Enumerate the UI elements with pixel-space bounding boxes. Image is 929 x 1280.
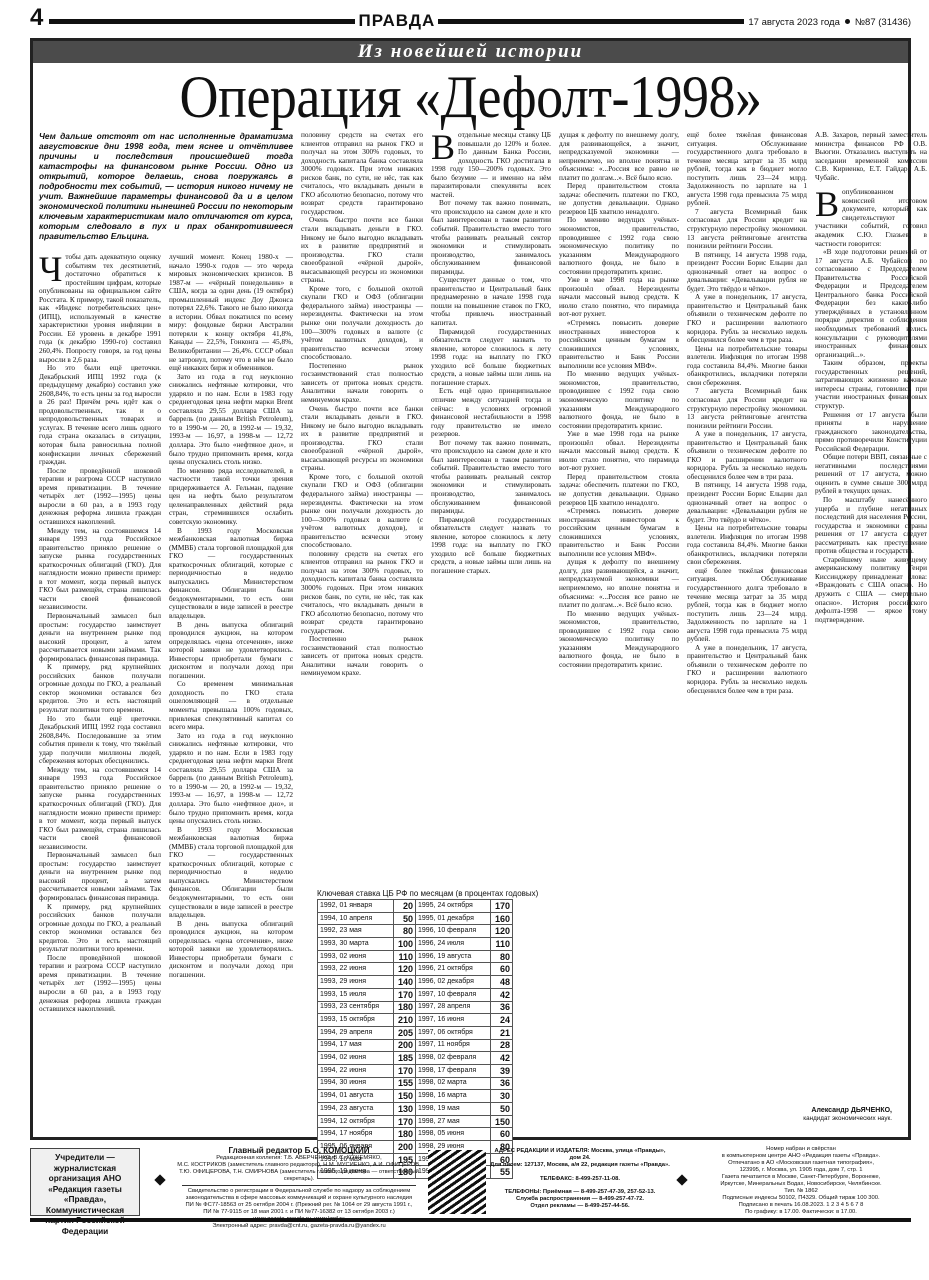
print-line: Подписано в печать 16.08.2023. 1 2 3 4 5… <box>690 1202 912 1209</box>
rate-cell: 180 <box>393 1128 415 1141</box>
paragraph: половину средств на счетах его клиентов … <box>301 550 423 635</box>
paragraph: По масштабу нанесённого ущерба и глубине… <box>815 496 927 556</box>
footer-rule <box>30 1218 911 1222</box>
rate-cell: 60 <box>491 963 513 976</box>
paragraph: Перед правительством стояла задача: обес… <box>559 473 679 507</box>
bullet-icon <box>845 19 850 24</box>
date-cell: 1994, 10 апреля <box>318 912 394 925</box>
paragraph: Вот почему так важно понимать, что проис… <box>431 199 551 276</box>
divider <box>182 1185 416 1186</box>
paragraph: Уже в мае 1998 года на рынке произошёл о… <box>559 430 679 473</box>
print-line: в компьютерном центре АНО «Редакция газе… <box>690 1153 912 1160</box>
drop-cap: Ч <box>39 254 62 284</box>
rate-cell: 36 <box>491 1077 513 1090</box>
founders-box: Учредители — журналистская организация А… <box>30 1148 140 1216</box>
rate-cell: 24 <box>491 1014 513 1027</box>
paragraph: Кроме того, с большой охотой скупали ГКО… <box>301 285 423 362</box>
date-cell: 1998, 17 февраля <box>415 1064 490 1077</box>
table-row: 1993, 30 марта1001996, 24 июля110 <box>318 938 513 951</box>
paragraph: По мнению ведущих учёных-экономистов, пр… <box>559 216 679 276</box>
rate-cell: 210 <box>393 1014 415 1027</box>
table-row: 1994, 30 июня1551998, 02 марта36 <box>318 1077 513 1090</box>
editorial-address: АДРЕС РЕДАКЦИИ И ИЗДАТЕЛЯ: Москва, улица… <box>490 1148 670 1210</box>
paragraph: В пятницу, 14 августа 1998 года, президе… <box>687 481 807 524</box>
paragraph: А уже в понедельник, 17 августа, правите… <box>687 430 807 481</box>
rate-cell: 80 <box>491 950 513 963</box>
rate-cell: 60 <box>491 1128 513 1141</box>
table-row: 1993, 15 октября2101997, 16 июня24 <box>318 1014 513 1027</box>
print-line: По графику: в 17.00. Фактически: в 17.00… <box>690 1209 912 1216</box>
key-rate-table: Ключевая ставка ЦБ РФ по месяцам (в проц… <box>317 889 513 1179</box>
rate-cell: 130 <box>393 1103 415 1116</box>
rate-cell: 120 <box>491 925 513 938</box>
paragraph: После проведённой шоковой терапии и разг… <box>39 467 161 527</box>
paragraph: Но это были ещё цветочки. Декабрьский ИП… <box>39 364 161 467</box>
paragraph: После проведённой шоковой терапии и разг… <box>39 954 161 1014</box>
paragraph: «Стремясь повысить доверие иностранных и… <box>559 507 679 558</box>
paragraph: Но это были ещё цветочки. Декабрьский ИП… <box>39 715 161 766</box>
date-cell: 1996, 24 июля <box>415 938 490 951</box>
paragraph: Со временем минимальная доходность по ГК… <box>169 680 293 731</box>
table-row: 1994, 17 ноября1801998, 05 июня60 <box>318 1128 513 1141</box>
paragraph: К примеру, ряд крупнейших российских бан… <box>39 903 161 954</box>
date-cell: 1994, 23 августа <box>318 1103 394 1116</box>
table-title: Ключевая ставка ЦБ РФ по месяцам (в проц… <box>317 889 513 899</box>
rate-cell: 200 <box>393 1039 415 1052</box>
paragraph: ещё более тяжёлая финансовая ситуация. О… <box>687 567 807 644</box>
date-cell: 1993, 30 марта <box>318 938 394 951</box>
table-row: 1992, 23 мая801996, 10 февраля120 <box>318 925 513 938</box>
article-columns: Чем дальше отстоят от нас исполненные др… <box>39 131 902 1131</box>
paragraph: лучший момент. Конец 1980-х — начало 199… <box>169 253 293 373</box>
diamond-icon <box>154 1174 165 1185</box>
rate-cell: 30 <box>491 1090 513 1103</box>
date-cell: 1996, 21 октября <box>415 963 490 976</box>
column-4: В отдельные месяцы ставку ЦБ повышали до… <box>431 131 551 751</box>
date-cell: 1993, 29 июня <box>318 976 394 989</box>
date-cell: 1992, 01 января <box>318 900 394 913</box>
rate-cell: 39 <box>491 1064 513 1077</box>
rate-cell: 110 <box>491 938 513 951</box>
date-cell: 1995, 01 декабря <box>415 912 490 925</box>
date-cell: 1993, 23 сентября <box>318 1001 394 1014</box>
paragraph: Вот почему так важно понимать, что проис… <box>431 439 551 516</box>
paragraph: половину средств на счетах его клиентов … <box>301 131 423 216</box>
rate-cell: 170 <box>491 900 513 913</box>
print-line: Подписные индексы 50102, П4329. Общий ти… <box>690 1195 912 1202</box>
table-row: 1994, 12 октября1701998, 27 мая150 <box>318 1115 513 1128</box>
paragraph: «В ходе подготовки решений от 17 августа… <box>815 248 927 359</box>
rate-cell: 150 <box>491 1115 513 1128</box>
print-info: Номер набран и свёрстан в компьютерном ц… <box>690 1146 912 1216</box>
paragraph: 7 августа Всемирный банк согласовал для … <box>687 387 807 430</box>
date-cell: 1998, 02 февраля <box>415 1052 490 1065</box>
date-cell: 1994, 30 июня <box>318 1077 394 1090</box>
table-row: 1993, 22 июня1201996, 21 октября60 <box>318 963 513 976</box>
board-line: Т.Ю. ОФИЦЕРОВА, Т.Н. СМИРНОВА (заместите… <box>174 1169 424 1183</box>
email-links[interactable]: Электронный адрес: pravda@cnt.ru, gazeta… <box>174 1223 424 1230</box>
paragraph: ещё более тяжёлая финансовая ситуация. О… <box>687 131 807 208</box>
article-frame: Из новейшей истории Операция «Дефолт-199… <box>30 38 911 1140</box>
table-row: 1994, 01 августа1501998, 16 марта30 <box>318 1090 513 1103</box>
paragraph: Существует данные о том, что правительст… <box>431 276 551 327</box>
date-cell: 1994, 17 ноября <box>318 1128 394 1141</box>
issue-date: 17 августа 2023 года <box>748 17 840 28</box>
table-row: 1992, 01 января201995, 24 октября170 <box>318 900 513 913</box>
date-cell: 1996, 02 декабря <box>415 976 490 989</box>
table-row: 1993, 02 июня1101996, 19 августа80 <box>318 950 513 963</box>
rate-cell: 170 <box>393 1115 415 1128</box>
column-7: А.В. Захаров, первый заместитель министр… <box>815 131 927 1101</box>
registration-line: Свидетельство о регистрации в Федерально… <box>174 1188 424 1195</box>
date-cell: 1996, 10 февраля <box>415 925 490 938</box>
date-cell: 1994, 29 апреля <box>318 1026 394 1039</box>
column-6: ещё более тяжёлая финансовая ситуация. О… <box>687 131 807 1131</box>
date-cell: 1995, 24 октября <box>415 900 490 913</box>
table-row: 1994, 22 июня1701998, 17 февраля39 <box>318 1064 513 1077</box>
table-row: 1994, 29 апреля2051997, 06 октября21 <box>318 1026 513 1039</box>
registration-line: ПИ № 77-9115 от 18 мая 2001 г. и ПИ №77-… <box>174 1209 424 1216</box>
paragraph: Старейшему ныне живущему американскому п… <box>815 556 927 624</box>
paragraph: Зато из года в год неуклонно снижались н… <box>169 373 293 467</box>
masthead-rule-right <box>438 19 744 24</box>
rate-cell: 180 <box>393 1001 415 1014</box>
paragraph: Кроме того, с большой охотой скупали ГКО… <box>301 473 423 550</box>
rate-cell: 50 <box>393 912 415 925</box>
paragraph: К примеру, ряд крупнейших российских бан… <box>39 663 161 714</box>
date-cell: 1993, 15 октября <box>318 1014 394 1027</box>
paragraph: По мнению ряда исследователей, в частнос… <box>169 467 293 527</box>
registration-line: законодательства в сфере массовых коммун… <box>174 1195 424 1202</box>
paragraph: Первоначальный замысел был простым: госу… <box>39 851 161 902</box>
paragraph: По мнению ведущих учёных-экономистов, пр… <box>559 610 679 670</box>
paragraph: Пирамидой государственных обязательств с… <box>431 328 551 388</box>
table-row: 1994, 02 июня1851998, 02 февраля42 <box>318 1052 513 1065</box>
date-cell: 1994, 01 августа <box>318 1090 394 1103</box>
rate-cell: 185 <box>393 1052 415 1065</box>
rate-cell: 110 <box>393 950 415 963</box>
paragraph: Решения от 17 августа были приняты в нар… <box>815 411 927 454</box>
rate-cell: 205 <box>393 1026 415 1039</box>
date-cell: 1997, 10 февраля <box>415 988 490 1001</box>
rate-cell: 170 <box>393 1064 415 1077</box>
newspaper-name: ПРАВДА <box>355 12 438 30</box>
print-line: Тип. № 1862 <box>690 1188 912 1195</box>
registration-line: ПИ № ФС77-18563 от 25 октября 2004 г. (П… <box>174 1202 424 1209</box>
paragraph: Постепенно рынок госзаимствований стал п… <box>301 362 423 405</box>
column-5: дущая к дефолту по внешнему долгу, для р… <box>559 131 679 1131</box>
date-cell: 1997, 06 октября <box>415 1026 490 1039</box>
date-cell: 1997, 28 апреля <box>415 1001 490 1014</box>
imprint-footer: Учредители — журналистская организация А… <box>30 1146 911 1226</box>
rate-cell: 42 <box>491 988 513 1001</box>
date-cell: 1997, 11 ноября <box>415 1039 490 1052</box>
paragraph: Перед правительством стояла задача: обес… <box>559 182 679 216</box>
date-cell: 1993, 02 июня <box>318 950 394 963</box>
building-logo-icon <box>428 1150 486 1214</box>
paragraph: Цены на потребительские товары взлетели.… <box>687 345 807 388</box>
date-cell: 1994, 02 июня <box>318 1052 394 1065</box>
paragraph: В 1993 году Московская межбанковская вал… <box>169 527 293 621</box>
column-3: половину средств на счетах его клиентов … <box>301 131 423 751</box>
table-row: 1994, 10 апреля501995, 01 декабря160 <box>318 912 513 925</box>
paragraph: Зато из года в год неуклонно снижались н… <box>169 732 293 826</box>
rate-cell: 20 <box>393 900 415 913</box>
rate-cell: 155 <box>393 1077 415 1090</box>
paragraph: Первоначальный замысел был простым: госу… <box>39 612 161 663</box>
print-line: Отпечатано в АО «Московская газетная тип… <box>690 1160 912 1167</box>
paragraph: Есть ещё одно принципиальное отличие меж… <box>431 387 551 438</box>
chief-editor: Главный редактор Б.О. КОМОЦКИЙ <box>174 1146 424 1155</box>
rate-cell: 36 <box>491 1001 513 1014</box>
rate-cell: 21 <box>491 1026 513 1039</box>
issue-info: 17 августа 2023 года№87 (31436) <box>748 17 911 28</box>
author-signature: Александр ДЬЯЧЕНКО, кандидат экономическ… <box>803 1107 892 1123</box>
date-cell: 1994, 12 октября <box>318 1115 394 1128</box>
paragraph: В 1993 году Московская межбанковская вал… <box>169 826 293 920</box>
page-number: 4 <box>30 6 43 30</box>
paragraph: В день выпуска облигаций проводился аукц… <box>169 621 293 681</box>
paragraph: А уже в понедельник, 17 августа, правите… <box>687 293 807 344</box>
date-cell: 1994, 22 июня <box>318 1064 394 1077</box>
table-row: 1993, 23 сентября1801997, 28 апреля36 <box>318 1001 513 1014</box>
diamond-icon <box>676 1174 687 1185</box>
paragraph: Пирамидой государственных обязательств с… <box>431 516 551 576</box>
column-1: Ч тобы дать адекватную оценку событиям т… <box>39 253 161 1131</box>
date-cell: 1996, 19 августа <box>415 950 490 963</box>
date-cell: 1998, 27 мая <box>415 1115 490 1128</box>
date-cell: 1998, 16 марта <box>415 1090 490 1103</box>
date-cell: 1992, 23 мая <box>318 925 394 938</box>
rate-cell: 120 <box>393 963 415 976</box>
rate-cell: 48 <box>491 976 513 989</box>
paragraph: Между тем, на состоявшемся 14 января 199… <box>39 527 161 612</box>
author-title: кандидат экономических наук. <box>803 1115 892 1123</box>
date-cell: 1993, 15 июля <box>318 988 394 1001</box>
fax: ТЕЛЕФАКС: 8-499-257-11-08. <box>490 1176 670 1183</box>
masthead-rule-left <box>49 19 355 24</box>
date-cell: 1998, 02 марта <box>415 1077 490 1090</box>
rate-cell: 80 <box>393 925 415 938</box>
table-row: 1993, 15 июля1701997, 10 февраля42 <box>318 988 513 1001</box>
paragraph: Общие потери ВВП, связанные с негативным… <box>815 453 927 496</box>
paragraph: Очень быстро почти все банки стали вклад… <box>301 405 423 473</box>
rate-cell: 170 <box>393 988 415 1001</box>
column-2: лучший момент. Конец 1980-х — начало 199… <box>169 253 293 1131</box>
rate-cell: 42 <box>491 1052 513 1065</box>
paragraph: Таким образом, проекты государственных р… <box>815 359 927 410</box>
masthead: 4 ПРАВДА 17 августа 2023 года№87 (31436) <box>30 0 911 30</box>
drop-cap: В <box>815 189 839 219</box>
rate-cell: 50 <box>491 1103 513 1116</box>
address-line: Для писем: 127137, Москва, а/я 22, редак… <box>490 1162 670 1169</box>
paragraph: Очень быстро почти все банки стали вклад… <box>301 216 423 284</box>
paragraph: В день выпуска облигаций проводился аукц… <box>169 920 293 980</box>
rate-cell: 160 <box>491 912 513 925</box>
article-title: Операция «Дефолт-1998» <box>33 63 908 130</box>
print-line: Иркутске, Минеральных Водах, Новосибирск… <box>690 1181 912 1188</box>
table-row: 1994, 17 мая2001997, 11 ноября28 <box>318 1039 513 1052</box>
paragraph: дущая к дефолту по внешнему долгу, для р… <box>559 131 679 182</box>
date-cell: 1998, 05 июня <box>415 1128 490 1141</box>
rate-cell: 100 <box>393 938 415 951</box>
issue-number: №87 (31436) <box>855 17 911 28</box>
date-cell: 1997, 16 июня <box>415 1014 490 1027</box>
date-cell: 1994, 17 мая <box>318 1039 394 1052</box>
drop-cap: В <box>431 132 455 162</box>
paragraph: Цены на потребительские товары взлетели.… <box>687 524 807 567</box>
print-line: Газета печатается в Москве, Санкт-Петерб… <box>690 1174 912 1181</box>
rate-cell: 150 <box>393 1090 415 1103</box>
paragraph: «Стремясь повысить доверие иностранных и… <box>559 319 679 370</box>
paragraph: По мнению ведущих учёных-экономистов, пр… <box>559 370 679 430</box>
paragraph: Уже в мае 1998 года на рынке произошёл о… <box>559 276 679 319</box>
phone-line: Отдел рекламы — 8-499-257-44-56. <box>490 1203 670 1210</box>
rubric-banner: Из новейшей истории <box>33 41 908 63</box>
paragraph: дущая к дефолту по внешнему долгу, для р… <box>559 558 679 609</box>
paragraph: А уже в понедельник, 17 августа, правите… <box>687 644 807 695</box>
paragraph: А.В. Захаров, первый заместитель министр… <box>815 131 927 182</box>
print-line: Номер набран и свёрстан <box>690 1146 912 1153</box>
paragraph: Между тем, на состоявшемся 14 января 199… <box>39 766 161 851</box>
article-lede: Чем дальше отстоят от нас исполненные др… <box>39 131 293 241</box>
print-line: 123995, г. Москва, ул. 1905 года, дом 7,… <box>690 1167 912 1174</box>
table-row: 1994, 23 августа1301998, 19 мая50 <box>318 1103 513 1116</box>
paragraph: В пятницу, 14 августа 1998 года, президе… <box>687 251 807 294</box>
board-line: Редакционная коллегия: Т.Б. АВЕРЧЕНКО, В… <box>174 1155 424 1162</box>
paragraph: Постепенно рынок госзаимствований стал п… <box>301 635 423 678</box>
rate-cell: 140 <box>393 976 415 989</box>
phone-line: ТЕЛЕФОНЫ: Приёмная — 8-499-257-47-39, 25… <box>490 1189 670 1196</box>
phone-line: Служба распространения — 8-499-257-47-72… <box>490 1196 670 1203</box>
paragraph: 7 августа Всемирный банк согласовал для … <box>687 208 807 251</box>
date-cell: 1993, 22 июня <box>318 963 394 976</box>
date-cell: 1998, 19 мая <box>415 1103 490 1116</box>
rates-table: 1992, 01 января201995, 24 октября1701994… <box>317 899 513 1179</box>
table-row: 1993, 29 июня1401996, 02 декабря48 <box>318 976 513 989</box>
rate-cell: 28 <box>491 1039 513 1052</box>
author-name: Александр ДЬЯЧЕНКО, <box>803 1107 892 1115</box>
board-line: М.С. КОСТРИКОВ (заместитель главного ред… <box>174 1162 424 1169</box>
address-line: АДРЕС РЕДАКЦИИ И ИЗДАТЕЛЯ: Москва, улица… <box>490 1148 670 1162</box>
